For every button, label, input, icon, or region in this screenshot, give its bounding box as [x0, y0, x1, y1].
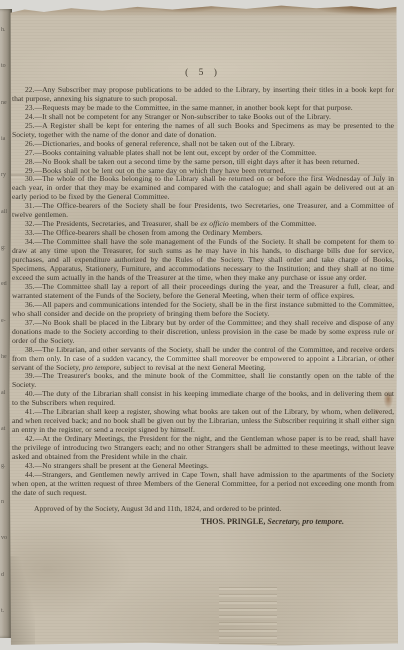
rule-paragraph: 39.—The Treasurer's books, and the minut…: [12, 372, 394, 390]
paper-crease-marks: [219, 587, 277, 647]
rule-paragraph: 36.—All papers and communications intend…: [12, 301, 394, 319]
signature-line: THOS. PRINGLE, Secretary, pro tempore.: [12, 518, 394, 527]
signatory-title: Secretary, pro tempore.: [267, 517, 344, 526]
page-corner-shadow: [9, 556, 35, 646]
signatory-name: THOS. PRINGLE,: [201, 517, 266, 526]
rule-paragraph: 41.—The Librarian shall keep a register,…: [12, 408, 394, 435]
rules-list: 22.—Any Subscriber may propose publicati…: [12, 86, 394, 498]
rule-paragraph: 37.—No Book shall be placed in the Libra…: [12, 319, 394, 346]
rule-paragraph: 30.—The whole of the Books belonging to …: [12, 175, 394, 202]
bleed-through-text-fragment: t.: [1, 608, 12, 614]
approval-line: Approved of by the Society, August 3d an…: [12, 505, 394, 514]
bleed-through-text-fragment: ne: [1, 100, 12, 106]
bleed-through-text-fragment: to: [1, 63, 12, 69]
page-number: ( 5 ): [12, 69, 394, 78]
rule-paragraph: 35.—The Committee shall lay a report of …: [12, 283, 394, 301]
page-text: ( 5 ) 22.—Any Subscriber may propose pub…: [12, 5, 394, 527]
rule-paragraph: 31.—The Office-bearers of the Society sh…: [12, 202, 394, 220]
bleed-through-text-fragment: all: [1, 209, 12, 215]
rule-paragraph: 22.—Any Subscriber may propose publicati…: [12, 86, 394, 104]
bleed-through-text-fragment: ia: [1, 136, 12, 142]
document-page: ( 5 ) 22.—Any Subscriber may propose pub…: [9, 5, 398, 646]
bleed-through-text-fragment: h.: [1, 27, 12, 33]
rule-paragraph: 38.—The Librarian, and other servants of…: [12, 346, 394, 373]
bleed-through-text-fragment: ry: [1, 172, 12, 178]
rule-paragraph: 42.—At the Ordinary Meetings, the Presid…: [12, 435, 394, 462]
rule-paragraph: 40.—The duty of the Librarian shall cons…: [12, 390, 394, 408]
bleed-through-text-fragment: d: [1, 572, 12, 578]
rule-paragraph: 44.—Strangers, and Gentlemen newly arriv…: [12, 471, 394, 498]
scanned-document: h.toneiaryallg:ede-healatg.nvodt. ( 5 ) …: [0, 0, 404, 650]
rule-paragraph: 25.—A Register shall be kept for enterin…: [12, 122, 394, 140]
bleed-through-text-fragment: g:: [1, 245, 12, 251]
rule-paragraph: 34.—The Committee shall have the sole ma…: [12, 238, 394, 283]
